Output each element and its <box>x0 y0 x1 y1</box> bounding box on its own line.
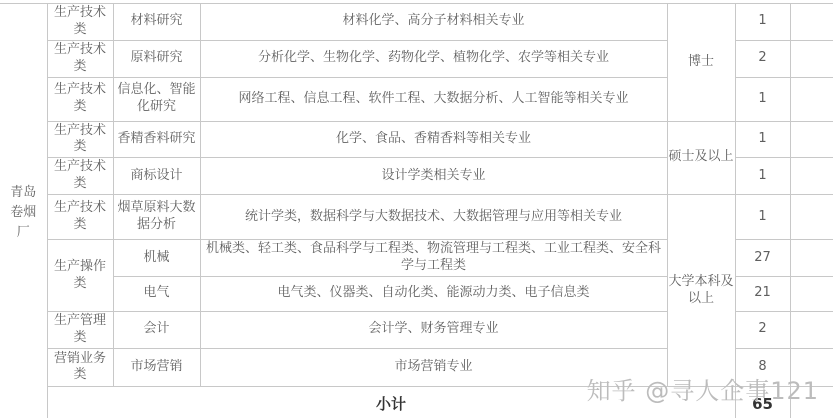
extra-cell <box>790 40 833 77</box>
majors-cell: 分析化学、生物化学、药物化学、植物化学、农学等相关专业 <box>200 40 667 77</box>
position-cell: 香精香料研究 <box>113 121 200 158</box>
position-cell: 市场营销 <box>113 348 200 386</box>
recruitment-table: 青岛卷烟厂 生产技术类 材料研究 材料化学、高分子材料相关专业 博士 1 生产技… <box>0 3 833 418</box>
majors-cell: 材料化学、高分子材料相关专业 <box>200 4 667 41</box>
count-cell: 1 <box>735 4 790 41</box>
extra-cell <box>790 195 833 240</box>
category-cell: 生产技术类 <box>47 195 113 240</box>
extra-cell <box>790 386 833 418</box>
category-cell: 营销业务类 <box>47 348 113 386</box>
position-cell: 机械 <box>113 240 200 277</box>
majors-cell: 机械类、轻工类、食品科学与工程类、物流管理与工程类、工业工程类、安全科学与工程类 <box>200 240 667 277</box>
position-cell: 会计 <box>113 311 200 348</box>
extra-cell <box>790 348 833 386</box>
position-cell: 烟草原料大数据分析 <box>113 195 200 240</box>
extra-cell <box>790 158 833 195</box>
category-cell: 生产技术类 <box>47 4 113 41</box>
extra-cell <box>790 276 833 311</box>
table-row: 青岛卷烟厂 生产技术类 材料研究 材料化学、高分子材料相关专业 博士 1 <box>0 4 833 41</box>
majors-cell: 会计学、财务管理专业 <box>200 311 667 348</box>
category-cell: 生产技术类 <box>47 158 113 195</box>
majors-cell: 化学、食品、香精香料等相关专业 <box>200 121 667 158</box>
table-row: 生产技术类 烟草原料大数据分析 统计学类，数据科学与大数据技术、大数据管理与应用… <box>0 195 833 240</box>
education-cell: 博士 <box>667 4 735 122</box>
position-cell: 原料研究 <box>113 40 200 77</box>
count-cell: 27 <box>735 240 790 277</box>
position-cell: 材料研究 <box>113 4 200 41</box>
education-cell: 大学本科及以上 <box>667 195 735 387</box>
extra-cell <box>790 121 833 158</box>
count-cell: 1 <box>735 121 790 158</box>
count-cell: 8 <box>735 348 790 386</box>
count-cell: 2 <box>735 311 790 348</box>
category-cell: 生产技术类 <box>47 77 113 121</box>
majors-cell: 统计学类，数据科学与大数据技术、大数据管理与应用等相关专业 <box>200 195 667 240</box>
table-row: 生产技术类 香精香料研究 化学、食品、香精香料等相关专业 硕士及以上 1 <box>0 121 833 158</box>
count-cell: 2 <box>735 40 790 77</box>
position-cell: 电气 <box>113 276 200 311</box>
company-cell: 青岛卷烟厂 <box>0 4 47 418</box>
majors-cell: 设计学类相关专业 <box>200 158 667 195</box>
extra-cell <box>790 77 833 121</box>
category-cell: 生产操作类 <box>47 240 113 312</box>
count-cell: 1 <box>735 158 790 195</box>
majors-cell: 电气类、仪器类、自动化类、能源动力类、电子信息类 <box>200 276 667 311</box>
count-cell: 21 <box>735 276 790 311</box>
subtotal-row: 小计 65 <box>0 386 833 418</box>
category-cell: 生产技术类 <box>47 121 113 158</box>
position-cell: 信息化、智能化研究 <box>113 77 200 121</box>
count-cell: 1 <box>735 195 790 240</box>
majors-cell: 市场营销专业 <box>200 348 667 386</box>
subtotal-value: 65 <box>735 386 790 418</box>
page: 青岛卷烟厂 生产技术类 材料研究 材料化学、高分子材料相关专业 博士 1 生产技… <box>0 3 833 418</box>
category-cell: 生产管理类 <box>47 311 113 348</box>
education-cell: 硕士及以上 <box>667 121 735 195</box>
extra-cell <box>790 240 833 277</box>
category-cell: 生产技术类 <box>47 40 113 77</box>
extra-cell <box>790 4 833 41</box>
extra-cell <box>790 311 833 348</box>
count-cell: 1 <box>735 77 790 121</box>
position-cell: 商标设计 <box>113 158 200 195</box>
majors-cell: 网络工程、信息工程、软件工程、大数据分析、人工智能等相关专业 <box>200 77 667 121</box>
subtotal-label: 小计 <box>47 386 735 418</box>
